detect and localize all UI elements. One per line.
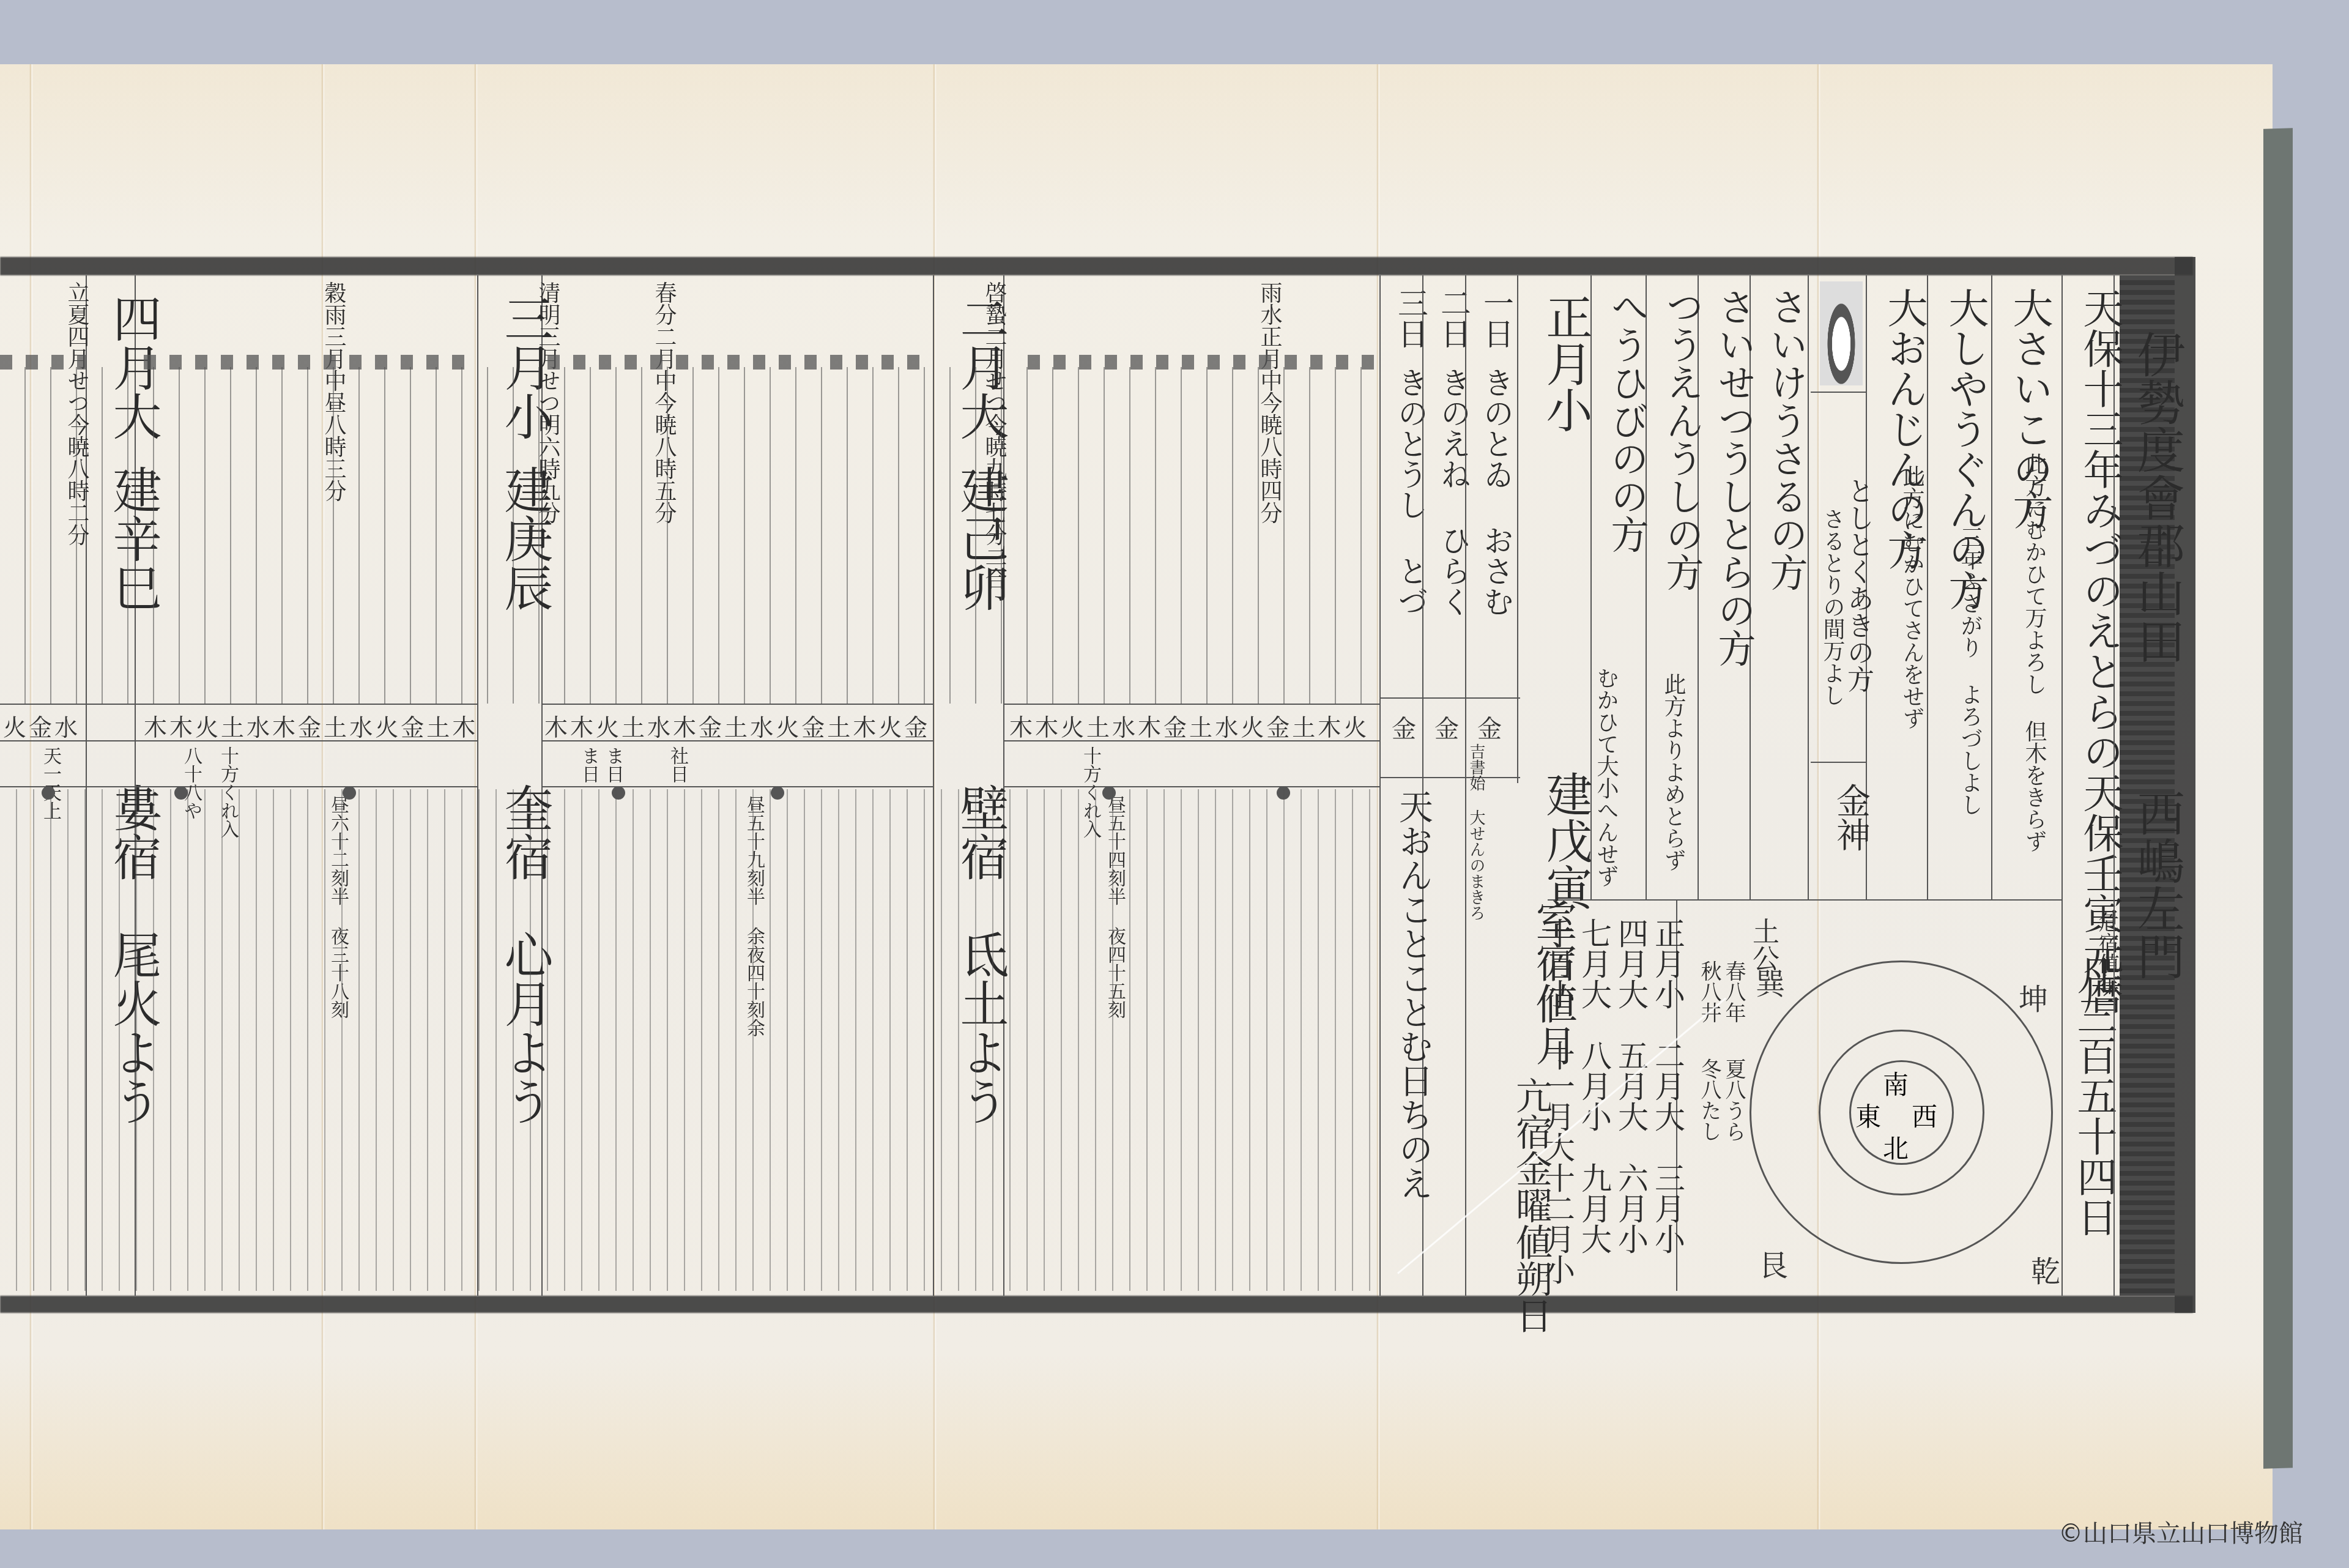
element-cell: 土 — [622, 708, 645, 742]
day-columns — [0, 367, 1379, 704]
element-cell: 火 — [1343, 708, 1367, 742]
element-cell: 金 — [29, 708, 52, 742]
element-cell: 水 — [750, 708, 773, 742]
divider — [1379, 697, 1520, 699]
element-cell: 金 — [699, 708, 722, 742]
divider — [1003, 704, 1379, 705]
element-cell: 金 — [1266, 708, 1290, 742]
element-cell: 木 — [544, 708, 568, 742]
divider — [541, 786, 933, 787]
element-row: 木 木 火 土 水 木 金 土 水 火 金 土 木 火 — [1009, 708, 1367, 742]
divider — [2061, 275, 2063, 1296]
compass-east: 東 — [1855, 1097, 1881, 1134]
element-cell: 水 — [1112, 708, 1135, 742]
element-cell: 木 — [452, 708, 475, 742]
element-cell: 金 — [1477, 710, 1502, 745]
element-cell: 水 — [247, 708, 270, 742]
element-cell: 木 — [673, 708, 696, 742]
element-cell: 木 — [570, 708, 593, 742]
direction-note: 此方にむかひてさんをせず — [1896, 465, 1928, 729]
divider — [1003, 786, 1379, 787]
compass-wheel: 南 東 西 北 — [1750, 960, 2053, 1264]
element-cell: 金 — [401, 708, 424, 742]
day-label: 二日 — [1431, 288, 1475, 349]
calendar-note: ま日 — [599, 746, 626, 783]
element-row: 火 金 水 — [3, 708, 78, 742]
element-cell: 火 — [3, 708, 26, 742]
element-cell: 水 — [647, 708, 670, 742]
element-cell: 木 — [853, 708, 876, 742]
element-cell: 金 — [904, 708, 927, 742]
element-cell: 木 — [272, 708, 295, 742]
element-cell: 火 — [375, 708, 398, 742]
compass-corner: 巽 — [1756, 960, 1785, 1003]
element-cell: 土 — [1189, 708, 1212, 742]
element-cell: 土 — [827, 708, 850, 742]
element-row: 木 木 火 土 水 木 金 土 水 火 金 土 木 火 金 — [544, 708, 927, 742]
element-cell: 土 — [221, 708, 244, 742]
divider — [1379, 275, 1381, 1296]
direction-note: 三年ふさがり よろづしよし — [1954, 526, 1986, 816]
element-cell: 火 — [1061, 708, 1084, 742]
backing-board — [2263, 128, 2293, 1469]
divider — [541, 704, 933, 705]
special-day: 天おんことことむ日ちのえ — [1389, 789, 1438, 1200]
direction-label: さいせつうしとらの方 — [1707, 288, 1761, 667]
deity-title: 金神 — [1826, 783, 1875, 852]
element-cell: 木 — [1035, 708, 1058, 742]
day-note: 吉書始 大せんのまきろ — [1465, 743, 1488, 921]
element-cell: 金 — [298, 708, 321, 742]
element-cell: 火 — [596, 708, 619, 742]
day-label: 一日 — [1474, 288, 1518, 349]
publisher-strip: 伊勢度會郡山田 西嶋左門 — [2141, 312, 2173, 1181]
compass-corner: 坤 — [2019, 976, 2048, 1018]
element-row: 木 木 火 土 水 木 金 土 水 火 金 土 木 — [144, 708, 475, 742]
element-cell: 火 — [878, 708, 902, 742]
direction-note: 此方にむかひて万よろし 但木をきらず — [2019, 453, 2050, 771]
day-text: きのとうし とづ — [1389, 367, 1433, 617]
first-month-lodge: 室宿値月 — [1523, 899, 1583, 1066]
season-note: 冬八たし — [1694, 1058, 1724, 1142]
compass-south: 南 — [1883, 1065, 1909, 1102]
element-cell: 火 — [195, 708, 218, 742]
calendar-note: ま日 — [575, 746, 602, 783]
divider — [1548, 899, 2061, 901]
element-cell: 金 — [1163, 708, 1187, 742]
compass-corner: 乾 — [2031, 1248, 2060, 1290]
element-cell: 土 — [426, 708, 450, 742]
day-label: 三日 — [1389, 288, 1433, 349]
divider — [1811, 392, 1866, 393]
divider — [1811, 762, 1866, 763]
divider — [2113, 275, 2115, 1296]
first-month-lodge-detail: 亢宿金曜値朔日 — [1505, 1077, 1557, 1334]
compass-north: 北 — [1883, 1129, 1909, 1165]
divider — [1379, 777, 1520, 778]
direction-label: へうひびのの方 — [1600, 288, 1654, 553]
element-cell: 金 — [801, 708, 825, 742]
element-cell: 金 — [1434, 710, 1459, 745]
element-cell: 水 — [54, 708, 78, 742]
day-text: きのえね ひらく — [1431, 367, 1475, 617]
element-cell: 木 — [1009, 708, 1033, 742]
element-cell: 木 — [144, 708, 167, 742]
first-month-kentei: 建戊寅 — [1532, 771, 1599, 910]
element-cell: 土 — [1086, 708, 1110, 742]
element-cell: 水 — [1215, 708, 1238, 742]
frame-border-top — [0, 257, 2193, 275]
divider — [0, 704, 477, 705]
direction-label: つうえんうしの方 — [1655, 288, 1709, 591]
element-cell: 火 — [776, 708, 799, 742]
first-month-name: 正月小 — [1532, 294, 1599, 433]
direction-label: さいけうさるの方 — [1759, 288, 1813, 591]
element-cell: 木 — [169, 708, 193, 742]
compass-corner: 艮 — [1759, 1242, 1788, 1284]
element-cell: 土 — [724, 708, 748, 742]
direction-note: 此方よりよめとらず — [1658, 673, 1689, 871]
element-cell: 木 — [1318, 708, 1341, 742]
era-title: 天保十三年みづのえとらの天保壬寅元暦 — [2071, 288, 2129, 899]
compass-west: 西 — [1912, 1097, 1937, 1134]
season-note: 秋八井 — [1694, 960, 1724, 1023]
direction-note: さるとりの間万よし — [1817, 508, 1848, 706]
publisher-name: 西嶋左門 — [2123, 789, 2191, 980]
element-cell: 水 — [349, 708, 373, 742]
element-cell: 土 — [324, 708, 347, 742]
day-text: きのとゐ おさむ — [1474, 367, 1518, 617]
element-cell: 土 — [1292, 708, 1315, 742]
calendar-note: 社日 — [664, 746, 691, 783]
element-cell: 木 — [1138, 708, 1161, 742]
element-cell: 金 — [1392, 710, 1416, 745]
element-cell: 火 — [1241, 708, 1264, 742]
frame-border-bottom — [0, 1296, 2193, 1313]
publisher-place: 伊勢度會郡山田 — [2123, 330, 2191, 664]
day-notes-columns — [0, 789, 1379, 1291]
copyright-notice: ©山口県立山口博物館 — [2058, 1514, 2303, 1549]
emblem-icon — [1820, 281, 1863, 385]
